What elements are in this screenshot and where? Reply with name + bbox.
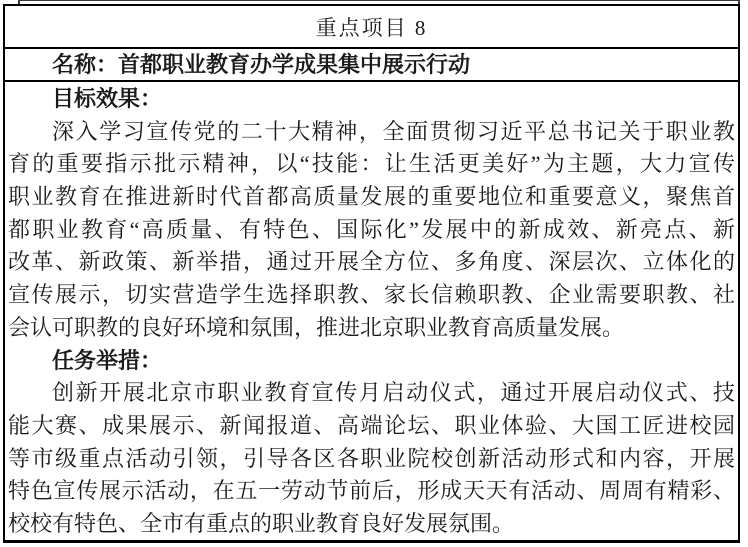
table-title: 重点项目 8 — [316, 12, 428, 42]
paragraph-line: 校校有特色、全市有重点的职业教育良好发展氛围。 — [8, 508, 735, 540]
key-project-table: 重点项目 8 名称：首都职业教育办学成果集中展示行动 目标效果：深入学习宣传党的… — [3, 4, 740, 543]
paragraph-line: 都职业教育“高质量、有特色、国际化”发展中的新成效、新亮点、新 — [8, 214, 735, 247]
paragraph-line: 职业教育在推进新时代首都高质量发展的重要地位和重要意义，聚焦首 — [8, 181, 735, 214]
paragraph-line: 等市级重点活动引领，引导各区各职业院校创新活动形式和内容，开展 — [8, 443, 735, 476]
paragraph-line: 会认可职教的良好环境和氛围，推进北京职业教育高质量发展。 — [8, 312, 735, 345]
section-heading: 任务举措： — [8, 345, 735, 378]
paragraph-line: 能大赛、成果展示、新闻报道、高端论坛、职业体验、大国工匠进校园 — [8, 410, 735, 443]
table-title-row: 重点项目 8 — [5, 6, 738, 49]
previous-table-bottom-border — [18, 0, 740, 1]
paragraph-line: 宣传展示，切实营造学生选择职教、家长信赖职教、企业需要职教、社 — [8, 279, 735, 312]
paragraph-line: 改革、新政策、新举措，通过开展全方位、多角度、深层次、立体化的 — [8, 246, 735, 279]
paragraph-line: 深入学习宣传党的二十大精神，全面贯彻习近平总书记关于职业教 — [8, 116, 735, 149]
section-heading: 目标效果： — [8, 83, 735, 116]
project-name-row: 名称：首都职业教育办学成果集中展示行动 — [5, 49, 738, 82]
document-page: 重点项目 8 名称：首都职业教育办学成果集中展示行动 目标效果：深入学习宣传党的… — [0, 0, 748, 547]
paragraph-line: 特色宣传展示活动，在五一劳动节前后，形成天天有活动、周周有精彩、 — [8, 475, 735, 508]
paragraph-line: 育的重要指示批示精神，以“技能：让生活更美好”为主题，大力宣传 — [8, 148, 735, 181]
paragraph-line: 创新开展北京市职业教育宣传月启动仪式，通过开展启动仪式、技 — [8, 377, 735, 410]
project-details-cell: 目标效果：深入学习宣传党的二十大精神，全面贯彻习近平总书记关于职业教育的重要指示… — [5, 82, 738, 540]
